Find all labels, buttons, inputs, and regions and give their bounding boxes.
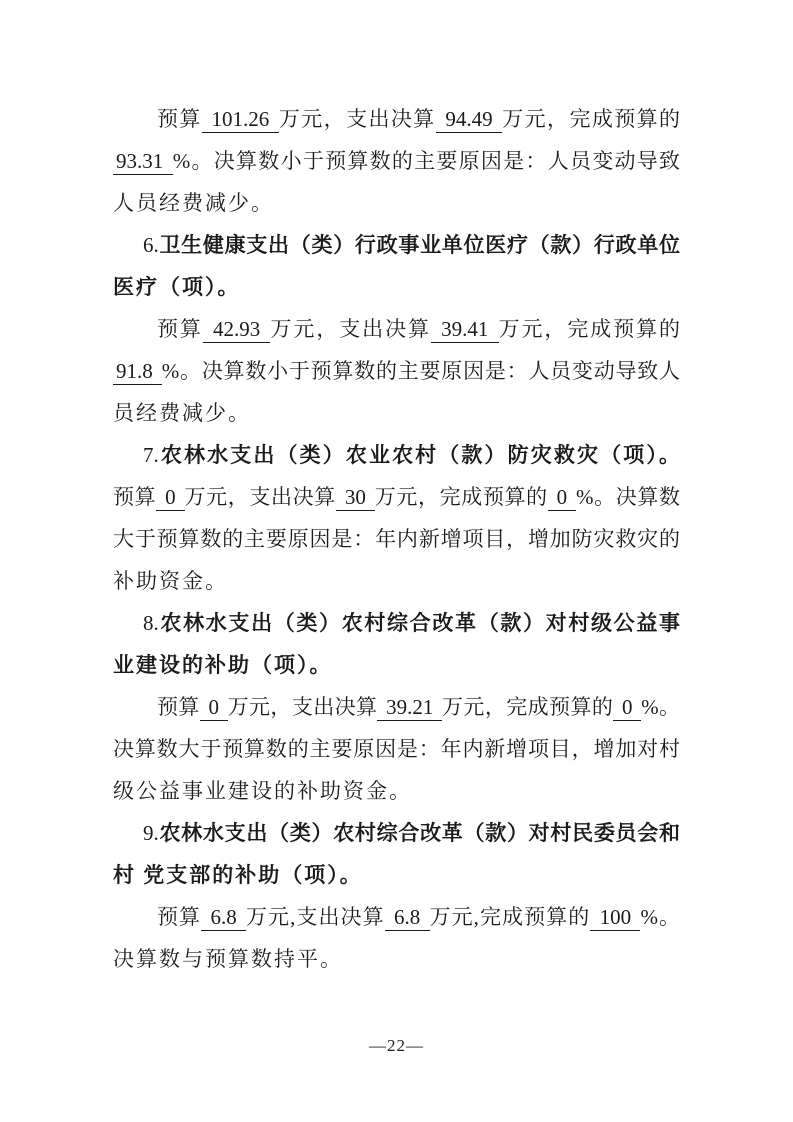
underlined-value: 100 bbox=[590, 905, 640, 931]
paragraph-line: 决算数与预算数持平。 bbox=[113, 938, 680, 980]
body-text: %。 bbox=[640, 905, 680, 929]
paragraph-line: 91.8 %。决算数小于预算数的主要原因是：人员变动导致人 bbox=[113, 350, 680, 392]
body-text: %。决算数小于预算数的主要原因是：人员变动导致 bbox=[173, 149, 680, 173]
paragraph-line: 决算数大于预算数的主要原因是：年内新增项目，增加对村 bbox=[113, 728, 680, 770]
document-body: 预算 101.26 万元，支出决算 94.49 万元，完成预算的93.31 %。… bbox=[113, 98, 680, 980]
heading-text: 医疗（项）。 bbox=[113, 275, 241, 299]
paragraph-line: 医疗（项）。 bbox=[113, 266, 680, 308]
body-text: 万元，支出决算 bbox=[228, 695, 378, 719]
section-heading-line: 6.卫生健康支出（类）行政事业单位医疗（款）行政单位 bbox=[113, 224, 680, 266]
underlined-value: 39.21 bbox=[377, 695, 442, 721]
paragraph-line: 预算 0 万元，支出决算 30 万元，完成预算的 0 %。决算数 bbox=[113, 476, 680, 518]
underlined-value: 42.93 bbox=[203, 317, 271, 343]
underlined-value: 39.41 bbox=[431, 317, 499, 343]
section-heading-line: 9.农林水支出（类）农村综合改革（款）对村民委员会和 bbox=[113, 812, 680, 854]
underlined-value: 6.8 bbox=[201, 905, 246, 931]
body-text: 万元,支出决算 bbox=[246, 905, 385, 929]
body-text: 决算数大于预算数的主要原因是：年内新增项目，增加对村 bbox=[113, 737, 680, 761]
paragraph-line: 人员经费减少。 bbox=[113, 182, 680, 224]
body-text: 预算 bbox=[157, 905, 201, 929]
body-text: 万元,完成预算的 bbox=[430, 905, 591, 929]
body-text: 万元，支出决算 bbox=[279, 107, 436, 131]
underlined-value: 0 bbox=[548, 485, 576, 511]
underlined-value: 93.31 bbox=[113, 149, 173, 175]
body-text: 万元，完成预算的 bbox=[499, 317, 680, 341]
body-text: 7. bbox=[143, 443, 159, 467]
body-text: 6. bbox=[143, 233, 159, 257]
body-text: 员经费减少。 bbox=[113, 401, 251, 425]
paragraph-line: 预算 6.8 万元,支出决算 6.8 万元,完成预算的 100 %。 bbox=[113, 896, 680, 938]
heading-text: 农林水支出（类）农业农村（款）防灾救灾（项）。 bbox=[159, 443, 680, 467]
body-text: 9. bbox=[143, 821, 159, 845]
body-text: %。决算数小于预算数的主要原因是：人员变动导致人 bbox=[162, 359, 680, 383]
body-text: 人员经费减少。 bbox=[113, 191, 274, 215]
underlined-value: 91.8 bbox=[113, 359, 162, 385]
underlined-value: 30 bbox=[336, 485, 375, 511]
underlined-value: 94.49 bbox=[436, 107, 503, 133]
body-text: 万元，支出决算 bbox=[185, 485, 336, 509]
body-text: 8. bbox=[143, 611, 159, 635]
paragraph-line: 业建设的补助（项）。 bbox=[113, 644, 680, 686]
paragraph-line: 93.31 %。决算数小于预算数的主要原因是：人员变动导致 bbox=[113, 140, 680, 182]
underlined-value: 0 bbox=[613, 695, 641, 721]
heading-text: 农林水支出（类）农村综合改革（款）对村级公益事 bbox=[159, 611, 680, 635]
page-number: —22— bbox=[0, 1031, 793, 1061]
body-text: 万元，完成预算的 bbox=[375, 485, 548, 509]
paragraph-line: 员经费减少。 bbox=[113, 392, 680, 434]
body-text: 万元，完成预算的 bbox=[442, 695, 613, 719]
heading-text: 村 党支部的补助（项）。 bbox=[113, 863, 363, 887]
underlined-value: 6.8 bbox=[385, 905, 430, 931]
section-heading-line: 8.农林水支出（类）农村综合改革（款）对村级公益事 bbox=[113, 602, 680, 644]
underlined-value: 0 bbox=[156, 485, 184, 511]
body-text: %。 bbox=[641, 695, 680, 719]
heading-text: 业建设的补助（项）。 bbox=[113, 653, 333, 677]
body-text: 万元，完成预算的 bbox=[502, 107, 680, 131]
paragraph-line: 村 党支部的补助（项）。 bbox=[113, 854, 680, 896]
body-text: 预算 bbox=[157, 695, 200, 719]
paragraph-line: 预算 101.26 万元，支出决算 94.49 万元，完成预算的 bbox=[113, 98, 680, 140]
section-heading-line: 7.农林水支出（类）农业农村（款）防灾救灾（项）。 bbox=[113, 434, 680, 476]
body-text: %。决算数 bbox=[576, 485, 680, 509]
body-text: 万元，支出决算 bbox=[270, 317, 430, 341]
body-text: 预算 bbox=[157, 107, 202, 131]
paragraph-line: 预算 0 万元，支出决算 39.21 万元，完成预算的 0 %。 bbox=[113, 686, 680, 728]
body-text: 级公益事业建设的补助资金。 bbox=[113, 779, 412, 803]
underlined-value: 101.26 bbox=[202, 107, 279, 133]
underlined-value: 0 bbox=[200, 695, 228, 721]
paragraph-line: 补助资金。 bbox=[113, 560, 680, 602]
paragraph-line: 预算 42.93 万元，支出决算 39.41 万元，完成预算的 bbox=[113, 308, 680, 350]
body-text: 决算数与预算数持平。 bbox=[113, 947, 343, 971]
body-text: 补助资金。 bbox=[113, 569, 228, 593]
document-page: 预算 101.26 万元，支出决算 94.49 万元，完成预算的93.31 %。… bbox=[0, 0, 793, 1122]
heading-text: 卫生健康支出（类）行政事业单位医疗（款）行政单位 bbox=[159, 233, 680, 257]
body-text: 预算 bbox=[113, 485, 156, 509]
body-text: 大于预算数的主要原因是：年内新增项目，增加防灾救灾的 bbox=[113, 527, 680, 551]
paragraph-line: 大于预算数的主要原因是：年内新增项目，增加防灾救灾的 bbox=[113, 518, 680, 560]
body-text: 预算 bbox=[157, 317, 203, 341]
paragraph-line: 级公益事业建设的补助资金。 bbox=[113, 770, 680, 812]
heading-text: 农林水支出（类）农村综合改革（款）对村民委员会和 bbox=[159, 821, 680, 845]
